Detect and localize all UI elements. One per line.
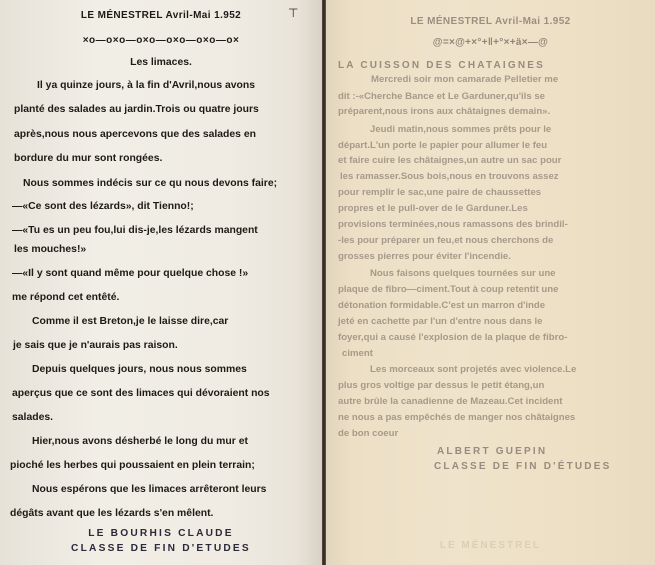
- text-line: Nous faisons quelques tournées sur une: [370, 268, 556, 279]
- text-line: Nous espérons que les limaces arrêteront…: [32, 484, 266, 495]
- text-line: —«Il y sont quand même pour quelque chos…: [12, 268, 248, 279]
- show-through-text: LE MÉNESTREL: [326, 540, 655, 551]
- text-line: les mouches!»: [14, 244, 86, 255]
- text-line: -les pour préparer un feu,et nous cherch…: [338, 235, 553, 246]
- text-line: pioché les herbes qui poussaient en plei…: [10, 460, 255, 471]
- text-line: Hier,nous avons désherbé le long du mur …: [32, 436, 248, 447]
- booklet-spread: ⊤ LE MÉNESTREL Avril-Mai 1.952 ×o—o×o—o×…: [0, 0, 655, 565]
- text-line: bordure du mur sont rongées.: [14, 153, 162, 164]
- left-page-header: LE MÉNESTREL Avril-Mai 1.952: [0, 10, 322, 21]
- right-page-header: LE MÉNESTREL Avril-Mai 1.952: [326, 16, 655, 27]
- text-line: détonation formidable.C'est un marron d'…: [338, 300, 545, 311]
- right-signature-class: CLASSE DE FIN D'ÉTUDES: [434, 461, 611, 472]
- text-line: Comme il est Breton,je le laisse dire,ca…: [32, 316, 228, 327]
- text-line: les ramasser.Sous bois,nous en trouvons …: [340, 171, 559, 182]
- text-line: et faire cuire les châtaignes,un autre u…: [338, 155, 561, 166]
- right-page-ornament: @=×@+×°+‖+°×+ä×—@: [326, 37, 655, 48]
- text-line: Nous sommes indécis sur ce qu nous devon…: [23, 178, 277, 189]
- left-signature-class: CLASSE DE FIN D'ETUDES: [0, 543, 322, 554]
- right-page: LE MÉNESTREL Avril-Mai 1.952 @=×@+×°+‖+°…: [326, 0, 655, 565]
- text-line: dit :-«Cherche Bance et Le Garduner,qu'i…: [338, 91, 545, 102]
- text-line: je sais que je n'aurais pas raison.: [13, 340, 178, 351]
- text-line: de bon coeur: [338, 428, 398, 439]
- left-page-ornament: ×o—o×o—o×o—o×o—o×o—o×: [0, 35, 322, 46]
- right-page-title: LA CUISSON DES CHATAIGNES: [338, 60, 545, 71]
- text-line: plaque de fibro—ciment.Tout à coup reten…: [338, 284, 559, 295]
- text-line: préparent,nous irons aux châtaignes dema…: [338, 106, 550, 117]
- right-signature-name: ALBERT GUEPIN: [437, 446, 547, 457]
- text-line: ciment: [342, 348, 373, 359]
- text-line: Les morceaux sont projetés avec violence…: [370, 364, 576, 375]
- text-line: —«Ce sont des lézards», dit Tienno!;: [12, 201, 194, 212]
- left-page-title: Les limaces.: [0, 57, 322, 68]
- text-line: Depuis quelques jours, nous nous sommes: [32, 364, 247, 375]
- text-line: pour remplir le sac,une paire de chausse…: [338, 187, 541, 198]
- text-line: départ.L'un porte le papier pour allumer…: [338, 140, 547, 151]
- text-line: Jeudi matin,nous sommes prêts pour le: [370, 124, 551, 135]
- text-line: Mercredi soir mon camarade Pelletier me: [371, 74, 558, 85]
- text-line: plus gros voltige par dessus le petit ét…: [338, 380, 544, 391]
- text-line: dégâts avant que les lézards s'en mêlent…: [10, 508, 213, 519]
- text-line: grosses pierres pour éviter l'incendie.: [338, 251, 511, 262]
- text-line: autre brûle la canadienne de Mazeau.Cet …: [338, 396, 562, 407]
- text-line: jeté en cachette par l'un d'entre nous d…: [338, 316, 543, 327]
- text-line: propres et le pull-over de le Garduner.L…: [338, 203, 528, 214]
- left-signature-name: LE BOURHIS CLAUDE: [0, 528, 322, 539]
- text-line: provisions terminées,nous ramassons des …: [338, 219, 568, 230]
- left-page: ⊤ LE MÉNESTREL Avril-Mai 1.952 ×o—o×o—o×…: [0, 0, 322, 565]
- text-line: salades.: [12, 412, 53, 423]
- text-line: aperçus que ce sont des limaces qui dévo…: [12, 388, 270, 399]
- text-line: me répond cet entêté.: [12, 292, 119, 303]
- text-line: —«Tu es un peu fou,lui dis-je,les lézard…: [12, 225, 258, 236]
- text-line: planté des salades au jardin.Trois ou qu…: [14, 104, 259, 115]
- text-line: foyer,qui a causé l'explosion de la plaq…: [338, 332, 567, 343]
- text-line: ne nous a pas empêchés de manger nos châ…: [338, 412, 575, 423]
- text-line: après,nous nous apercevons que des salad…: [14, 129, 256, 140]
- text-line: Il ya quinze jours, à la fin d'Avril,nou…: [37, 80, 255, 91]
